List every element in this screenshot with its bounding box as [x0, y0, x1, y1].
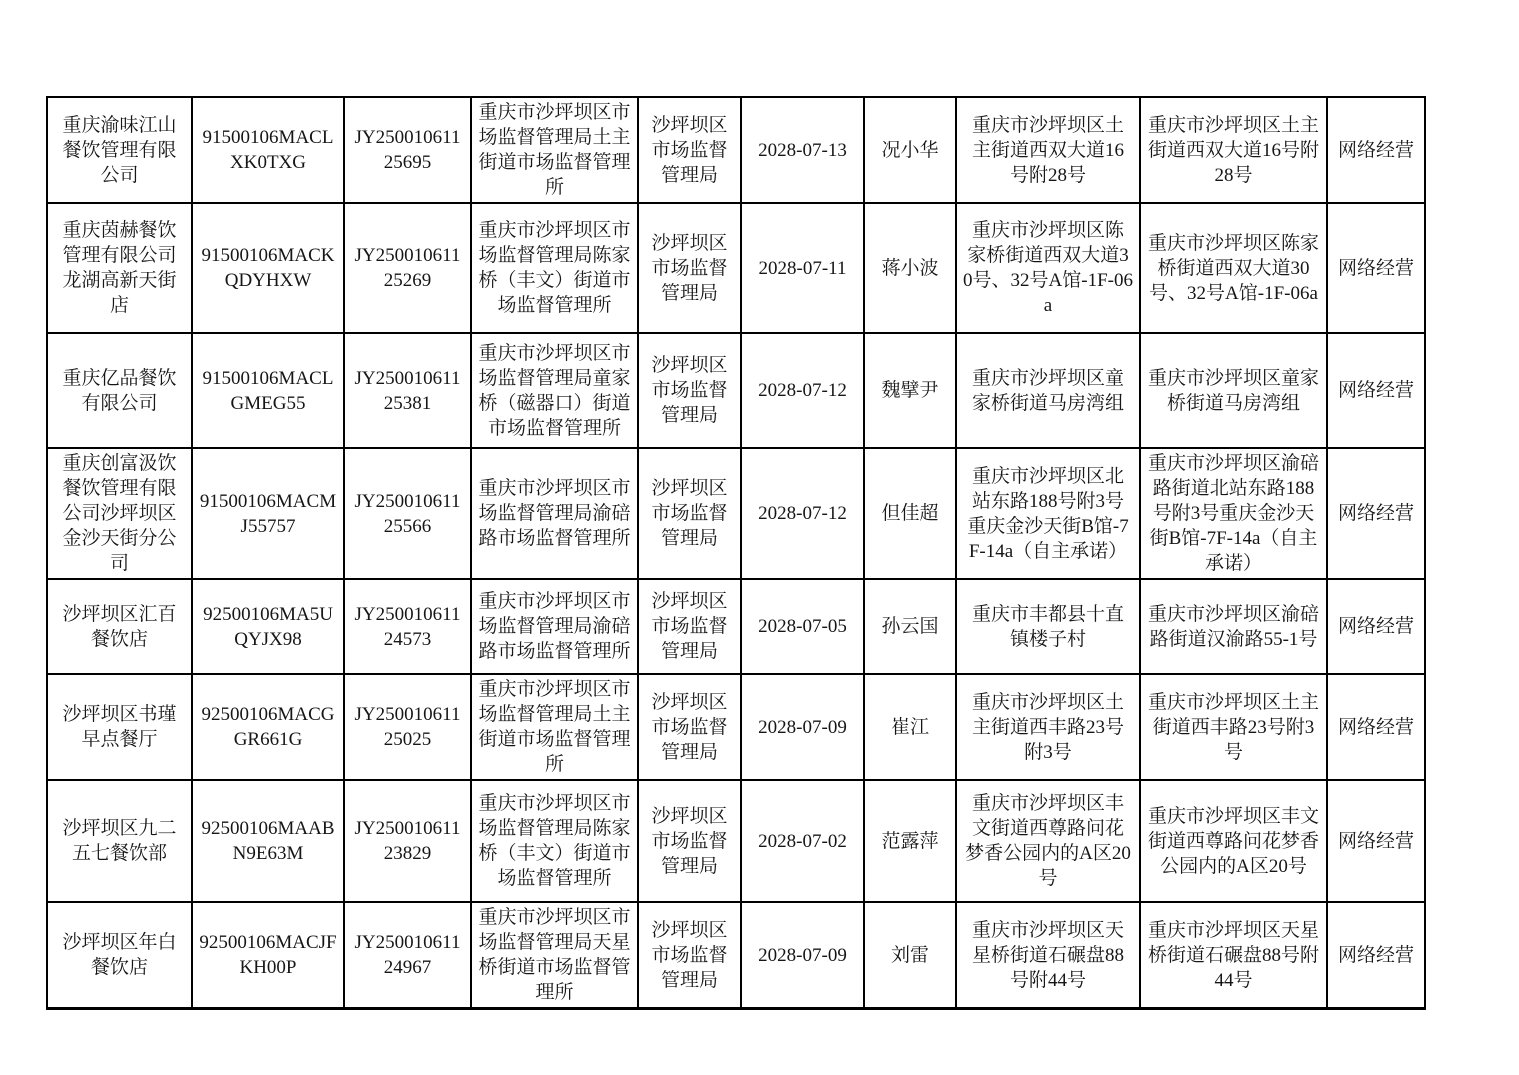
cell-credit-code: 92500106MAABN9E63M	[192, 780, 344, 902]
cell-residence-address: 重庆市沙坪坝区土主街道西双大道16号附28号	[1140, 97, 1327, 203]
cell-business-address: 重庆市沙坪坝区丰文街道西尊路问花梦香公园内的A区20号	[956, 780, 1140, 902]
cell-operator-name: 重庆茵赫餐饮管理有限公司龙湖高新天街店	[47, 203, 192, 333]
cell-issue-date: 2028-07-09	[741, 674, 864, 780]
cell-residence-address: 重庆市沙坪坝区渝碚路街道北站东路188号附3号重庆金沙天街B馆-7F-14a（自…	[1140, 448, 1327, 579]
cell-business-mode: 网络经营	[1327, 780, 1425, 902]
cell-regulator: 沙坪坝区市场监督管理局	[638, 203, 741, 333]
cell-person: 魏擘尹	[864, 333, 956, 448]
cell-issuing-office: 重庆市沙坪坝区市场监督管理局渝碚路市场监督管理所	[471, 579, 638, 674]
table-row: 重庆创富汲饮餐饮管理有限公司沙坪坝区金沙天街分公司 91500106MACMJ5…	[47, 448, 1425, 579]
document-page: 重庆渝味江山餐饮管理有限公司 91500106MACLXK0TXG JY2500…	[0, 0, 1519, 1075]
table-row: 沙坪坝区年白餐饮店 92500106MACJFKH00P JY250010611…	[47, 902, 1425, 1009]
cell-business-mode: 网络经营	[1327, 97, 1425, 203]
cell-residence-address: 重庆市沙坪坝区陈家桥街道西双大道30号、32号A馆-1F-06a	[1140, 203, 1327, 333]
cell-license-number: JY25001061125566	[344, 448, 471, 579]
cell-business-address: 重庆市沙坪坝区土主街道西双大道16号附28号	[956, 97, 1140, 203]
cell-issuing-office: 重庆市沙坪坝区市场监督管理局土主街道市场监督管理所	[471, 97, 638, 203]
cell-residence-address: 重庆市沙坪坝区童家桥街道马房湾组	[1140, 333, 1327, 448]
cell-license-number: JY25001061125025	[344, 674, 471, 780]
cell-person: 蒋小波	[864, 203, 956, 333]
cell-credit-code: 91500106MACLXK0TXG	[192, 97, 344, 203]
cell-license-number: JY25001061125269	[344, 203, 471, 333]
cell-residence-address: 重庆市沙坪坝区丰文街道西尊路问花梦香公园内的A区20号	[1140, 780, 1327, 902]
cell-issuing-office: 重庆市沙坪坝区市场监督管理局陈家桥（丰文）街道市场监督管理所	[471, 203, 638, 333]
cell-business-mode: 网络经营	[1327, 203, 1425, 333]
cell-regulator: 沙坪坝区市场监督管理局	[638, 674, 741, 780]
cell-issue-date: 2028-07-02	[741, 780, 864, 902]
cell-operator-name: 沙坪坝区汇百餐饮店	[47, 579, 192, 674]
table-row: 重庆亿品餐饮有限公司 91500106MACLGMEG55 JY25001061…	[47, 333, 1425, 448]
cell-operator-name: 重庆亿品餐饮有限公司	[47, 333, 192, 448]
cell-operator-name: 重庆渝味江山餐饮管理有限公司	[47, 97, 192, 203]
cell-credit-code: 92500106MACGGR661G	[192, 674, 344, 780]
cell-business-address: 重庆市沙坪坝区天星桥街道石碾盘88号附44号	[956, 902, 1140, 1009]
cell-credit-code: 91500106MACLGMEG55	[192, 333, 344, 448]
table-body: 重庆渝味江山餐饮管理有限公司 91500106MACLXK0TXG JY2500…	[47, 97, 1425, 1009]
cell-residence-address: 重庆市沙坪坝区渝碚路街道汉渝路55-1号	[1140, 579, 1327, 674]
table-row: 重庆渝味江山餐饮管理有限公司 91500106MACLXK0TXG JY2500…	[47, 97, 1425, 203]
cell-business-mode: 网络经营	[1327, 579, 1425, 674]
table-row: 沙坪坝区九二五七餐饮部 92500106MAABN9E63M JY2500106…	[47, 780, 1425, 902]
cell-regulator: 沙坪坝区市场监督管理局	[638, 448, 741, 579]
cell-operator-name: 沙坪坝区书瑾早点餐厅	[47, 674, 192, 780]
cell-credit-code: 92500106MA5UQYJX98	[192, 579, 344, 674]
cell-issuing-office: 重庆市沙坪坝区市场监督管理局陈家桥（丰文）街道市场监督管理所	[471, 780, 638, 902]
cell-license-number: JY25001061125381	[344, 333, 471, 448]
cell-operator-name: 沙坪坝区九二五七餐饮部	[47, 780, 192, 902]
cell-issue-date: 2028-07-05	[741, 579, 864, 674]
cell-regulator: 沙坪坝区市场监督管理局	[638, 780, 741, 902]
cell-person: 刘雷	[864, 902, 956, 1009]
cell-business-mode: 网络经营	[1327, 902, 1425, 1009]
cell-business-mode: 网络经营	[1327, 333, 1425, 448]
cell-regulator: 沙坪坝区市场监督管理局	[638, 902, 741, 1009]
cell-issuing-office: 重庆市沙坪坝区市场监督管理局童家桥（磁器口）街道市场监督管理所	[471, 333, 638, 448]
cell-credit-code: 92500106MACJFKH00P	[192, 902, 344, 1009]
cell-residence-address: 重庆市沙坪坝区天星桥街道石碾盘88号附44号	[1140, 902, 1327, 1009]
table-row: 重庆茵赫餐饮管理有限公司龙湖高新天街店 91500106MACKQDYHXW J…	[47, 203, 1425, 333]
cell-business-mode: 网络经营	[1327, 448, 1425, 579]
cell-credit-code: 91500106MACKQDYHXW	[192, 203, 344, 333]
cell-person: 孙云国	[864, 579, 956, 674]
cell-regulator: 沙坪坝区市场监督管理局	[638, 333, 741, 448]
cell-license-number: JY25001061125695	[344, 97, 471, 203]
cell-person: 范露萍	[864, 780, 956, 902]
license-table: 重庆渝味江山餐饮管理有限公司 91500106MACLXK0TXG JY2500…	[46, 96, 1426, 1010]
cell-operator-name: 沙坪坝区年白餐饮店	[47, 902, 192, 1009]
cell-issuing-office: 重庆市沙坪坝区市场监督管理局土主街道市场监督管理所	[471, 674, 638, 780]
cell-license-number: JY25001061123829	[344, 780, 471, 902]
cell-issue-date: 2028-07-13	[741, 97, 864, 203]
cell-person: 况小华	[864, 97, 956, 203]
cell-person: 但佳超	[864, 448, 956, 579]
cell-issue-date: 2028-07-12	[741, 333, 864, 448]
table-row: 沙坪坝区书瑾早点餐厅 92500106MACGGR661G JY25001061…	[47, 674, 1425, 780]
cell-business-address: 重庆市沙坪坝区童家桥街道马房湾组	[956, 333, 1140, 448]
cell-issue-date: 2028-07-09	[741, 902, 864, 1009]
cell-operator-name: 重庆创富汲饮餐饮管理有限公司沙坪坝区金沙天街分公司	[47, 448, 192, 579]
cell-regulator: 沙坪坝区市场监督管理局	[638, 579, 741, 674]
cell-person: 崔江	[864, 674, 956, 780]
cell-issuing-office: 重庆市沙坪坝区市场监督管理局天星桥街道市场监督管理所	[471, 902, 638, 1009]
cell-residence-address: 重庆市沙坪坝区土主街道西丰路23号附3号	[1140, 674, 1327, 780]
cell-license-number: JY25001061124967	[344, 902, 471, 1009]
cell-credit-code: 91500106MACMJ55757	[192, 448, 344, 579]
cell-issue-date: 2028-07-11	[741, 203, 864, 333]
cell-regulator: 沙坪坝区市场监督管理局	[638, 97, 741, 203]
cell-license-number: JY25001061124573	[344, 579, 471, 674]
cell-business-address: 重庆市沙坪坝区北站东路188号附3号重庆金沙天街B馆-7F-14a（自主承诺）	[956, 448, 1140, 579]
cell-business-address: 重庆市沙坪坝区陈家桥街道西双大道30号、32号A馆-1F-06a	[956, 203, 1140, 333]
cell-issuing-office: 重庆市沙坪坝区市场监督管理局渝碚路市场监督管理所	[471, 448, 638, 579]
cell-issue-date: 2028-07-12	[741, 448, 864, 579]
cell-business-address: 重庆市沙坪坝区土主街道西丰路23号附3号	[956, 674, 1140, 780]
cell-business-mode: 网络经营	[1327, 674, 1425, 780]
cell-business-address: 重庆市丰都县十直镇楼子村	[956, 579, 1140, 674]
table-row: 沙坪坝区汇百餐饮店 92500106MA5UQYJX98 JY250010611…	[47, 579, 1425, 674]
